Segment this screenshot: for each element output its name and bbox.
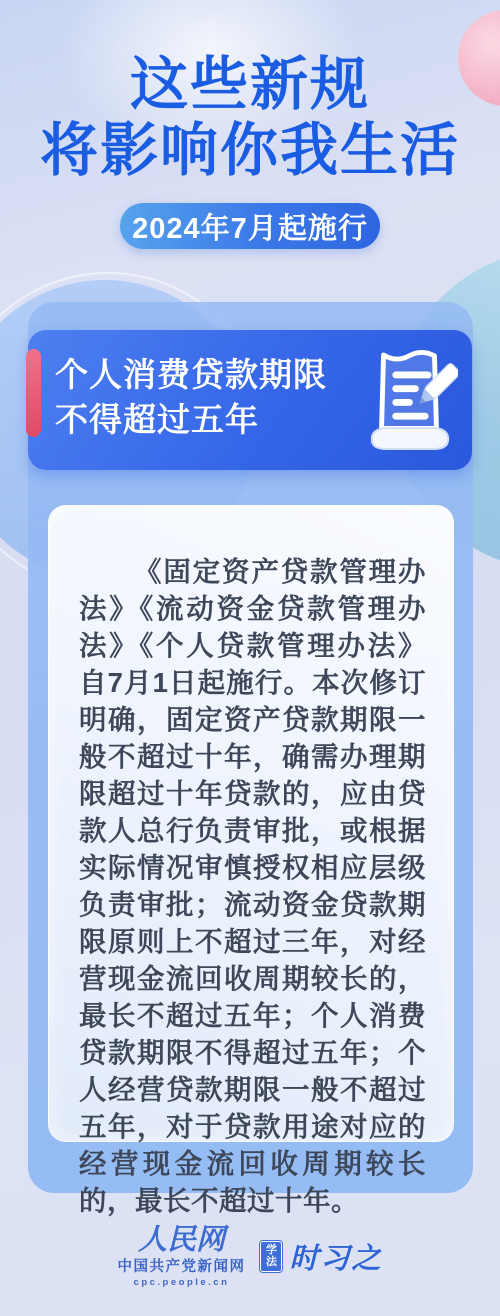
- card-header-line-1: 个人消费贷款期限: [55, 352, 327, 397]
- xuefa-badge: 学 法: [260, 1241, 282, 1272]
- card-header-title: 个人消费贷款期限 不得超过五年: [55, 352, 327, 442]
- xuefa-badge-char-2: 法: [266, 1256, 277, 1268]
- poster: 这些新规 将影响你我生活 2024年7月起施行 个人消费贷款期限 不得超过五年: [0, 0, 500, 1316]
- document-edit-icon: [360, 344, 458, 454]
- peoples-daily-script-logo: 人民网: [138, 1224, 225, 1254]
- cpc-news-site-name: 中国共产党新闻网: [117, 1255, 245, 1276]
- title-line-1: 这些新规: [0, 52, 500, 118]
- card-body: 《固定资产贷款管理办法》《流动资金贷款管理办法》《个人贷款管理办法》自7月1日起…: [48, 505, 454, 1142]
- peoples-daily-logo: 人民网 中国共产党新闻网 cpc.people.cn: [117, 1224, 245, 1288]
- regulation-body-text: 《固定资产贷款管理办法》《流动资金贷款管理办法》《个人贷款管理办法》自7月1日起…: [49, 506, 453, 1219]
- footer: 人民网 中国共产党新闻网 cpc.people.cn 学 法 时习之: [0, 1224, 500, 1288]
- cpc-news-domain: cpc.people.cn: [134, 1277, 230, 1288]
- regulation-card: 个人消费贷款期限 不得超过五年: [28, 302, 473, 1193]
- card-header-line-2: 不得超过五年: [55, 397, 327, 442]
- card-header: 个人消费贷款期限 不得超过五年: [28, 330, 472, 470]
- accent-bar: [26, 349, 41, 437]
- shixizhi-brand: 学 法 时习之: [260, 1236, 382, 1277]
- shixizhi-wordmark: 时习之: [289, 1236, 382, 1277]
- poster-title: 这些新规 将影响你我生活: [0, 52, 500, 184]
- effective-date-badge: 2024年7月起施行: [120, 203, 380, 249]
- xuefa-badge-char-1: 学: [266, 1244, 277, 1256]
- title-line-2: 将影响你我生活: [0, 118, 500, 184]
